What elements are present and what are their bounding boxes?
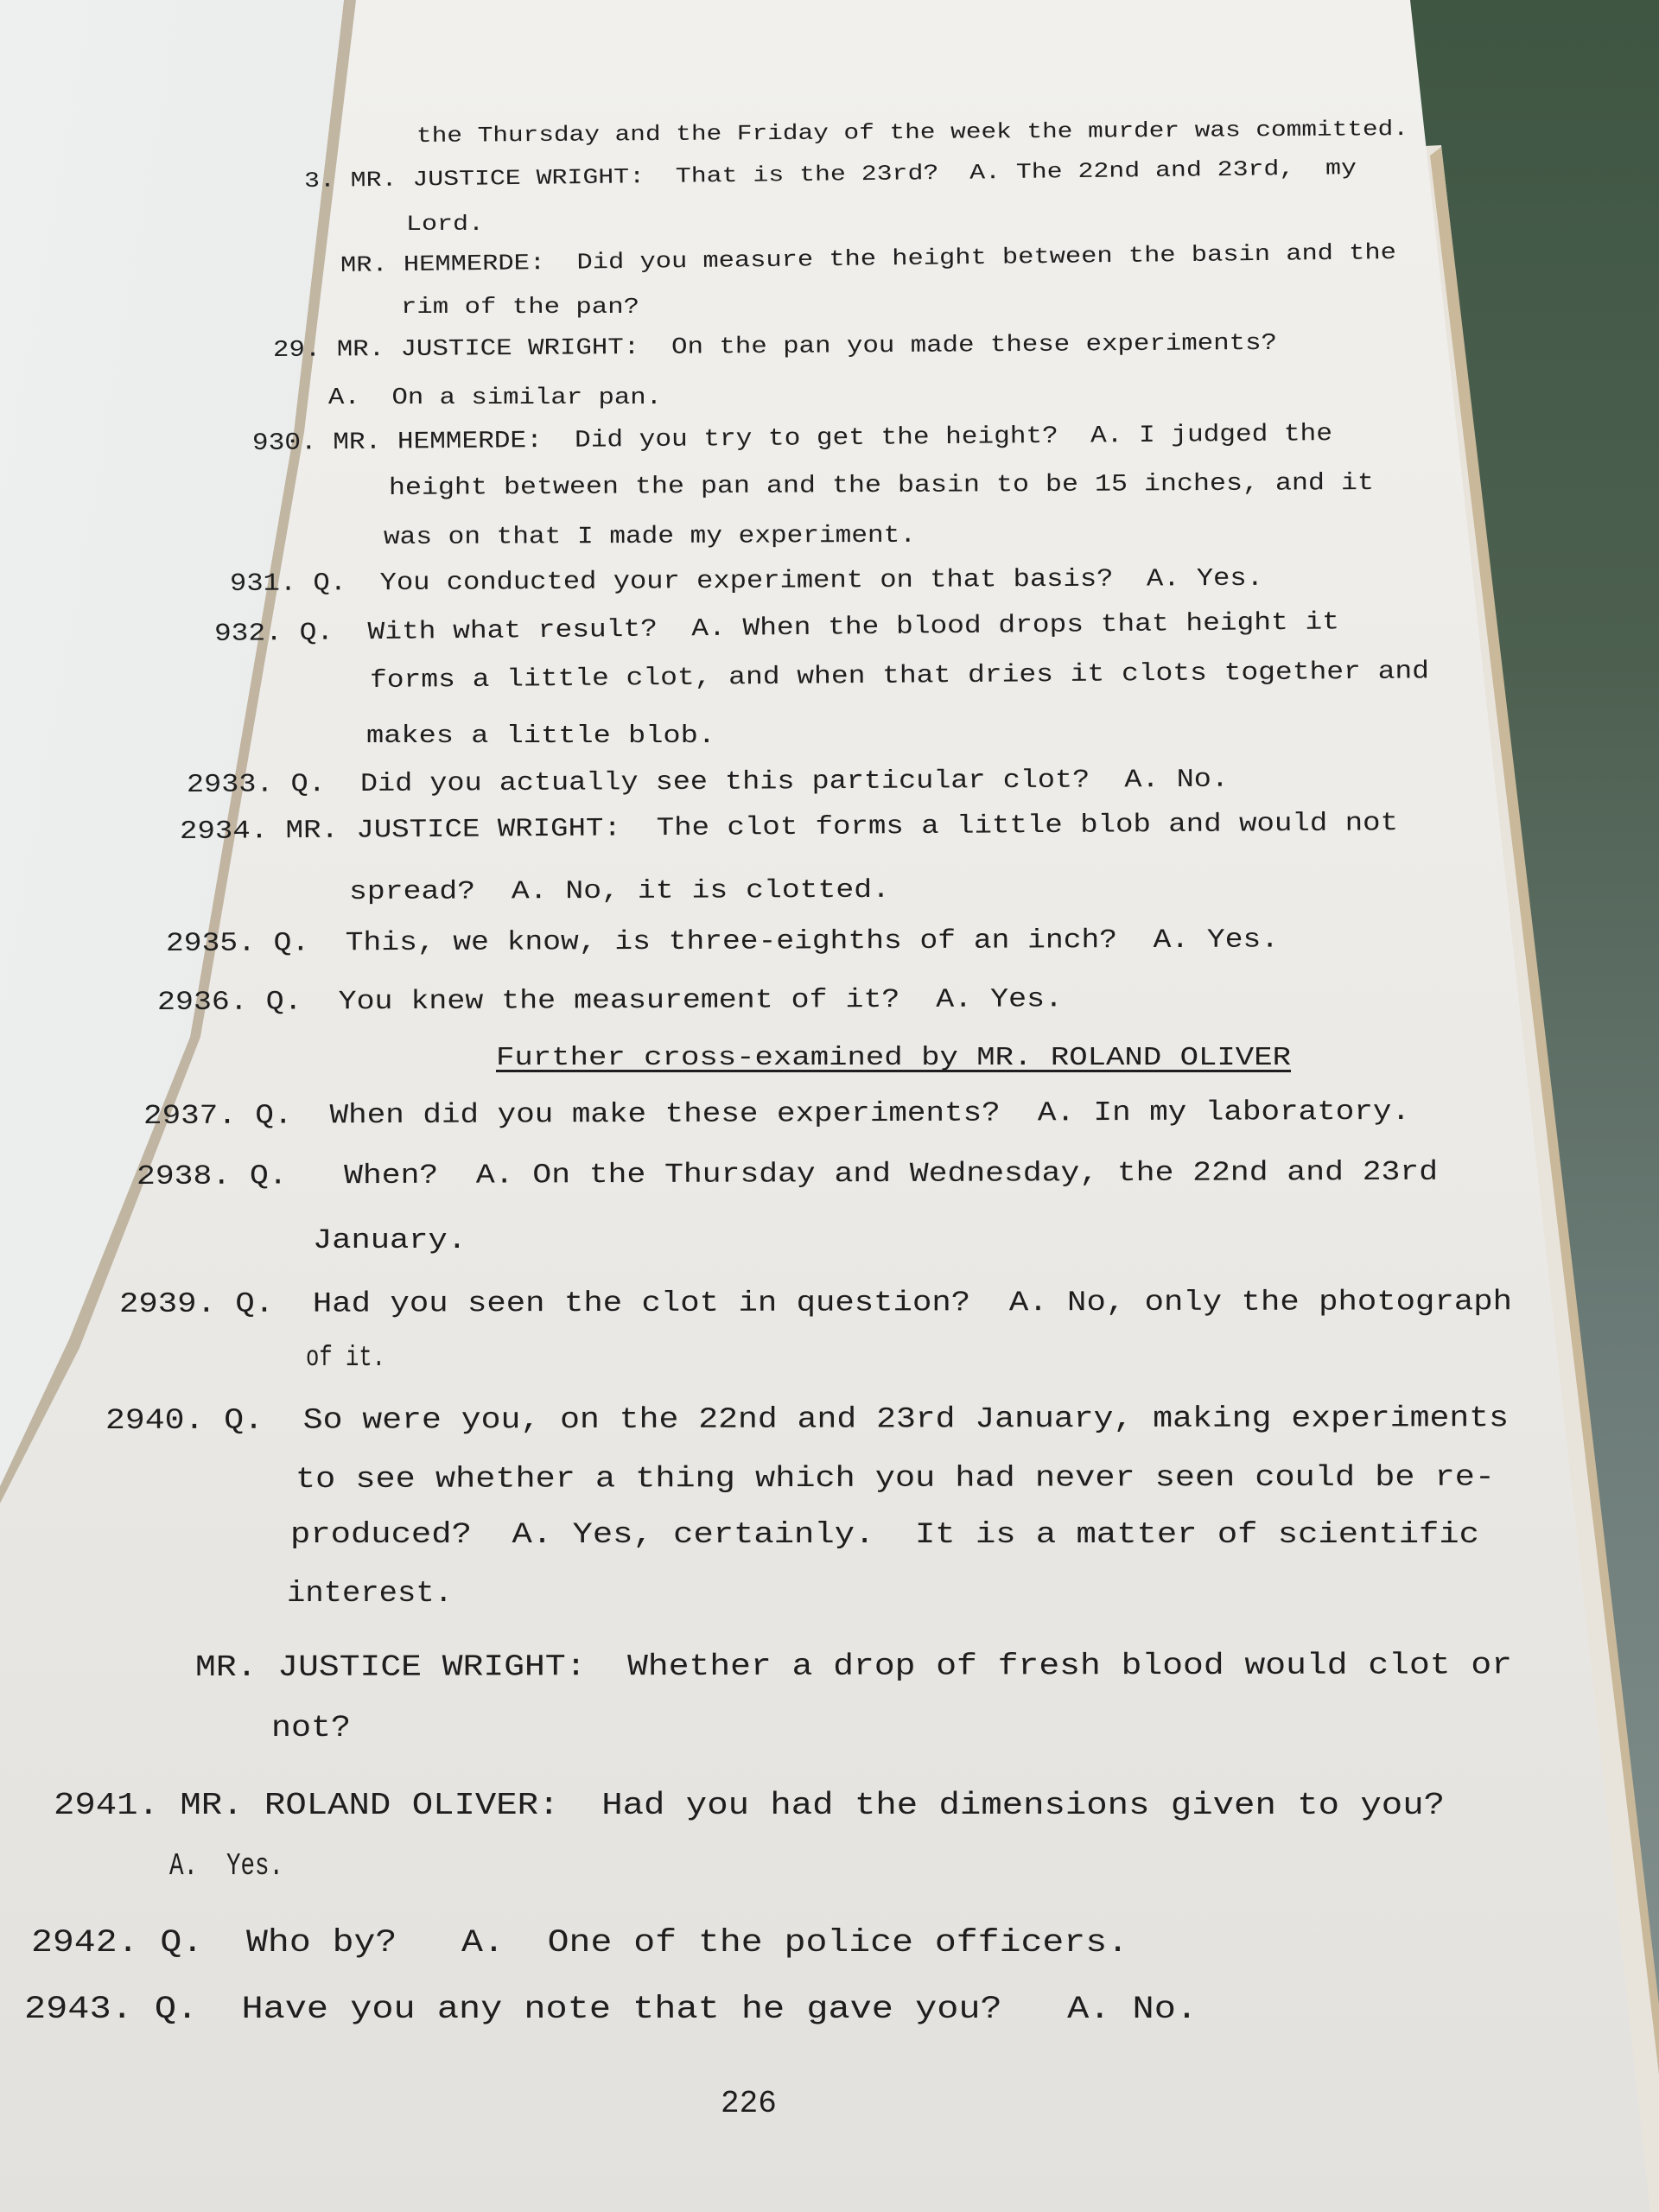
section-heading: Further cross-examined by MR. ROLAND OLI… xyxy=(496,1045,1291,1071)
transcript-line: MR. JUSTICE WRIGHT: Whether a drop of fr… xyxy=(195,1650,1512,1683)
transcript-line: 2934. MR. JUSTICE WRIGHT: The clot forms… xyxy=(180,810,1398,845)
transcript-line: to see whether a thing which you had nev… xyxy=(296,1464,1495,1495)
transcript-line: 3. MR. JUSTICE WRIGHT: That is the 23rd?… xyxy=(304,157,1357,192)
transcript-line: 2933. Q. Did you actually see this parti… xyxy=(187,767,1229,798)
transcript-text: the Thursday and the Friday of the week … xyxy=(0,0,1659,2212)
transcript-line: spread? A. No, it is clotted. xyxy=(349,878,890,906)
transcript-line: A. On a similar pan. xyxy=(328,387,662,410)
transcript-line: height between the pan and the basin to … xyxy=(389,472,1374,501)
transcript-line: 2939. Q. Had you seen the clot in questi… xyxy=(119,1287,1512,1319)
transcript-line: Lord. xyxy=(406,213,484,235)
transcript-line: of it. xyxy=(306,1344,385,1372)
transcript-line: 2942. Q. Who by? A. One of the police of… xyxy=(31,1928,1128,1960)
transcript-line: 2941. MR. ROLAND OLIVER: Had you had the… xyxy=(54,1790,1445,1821)
transcript-line: not? xyxy=(271,1713,351,1744)
transcript-line: 2940. Q. So were you, on the 22nd and 23… xyxy=(105,1404,1509,1436)
page-number: 226 xyxy=(721,2086,777,2121)
transcript-line: A. Yes. xyxy=(169,1851,283,1882)
transcript-line: 2937. Q. When did you make these experim… xyxy=(143,1098,1410,1130)
transcript-line: was on that I made my experiment. xyxy=(384,524,916,550)
transcript-line: 2936. Q. You knew the measurement of it?… xyxy=(157,986,1063,1016)
transcript-line: 930. MR. HEMMERDE: Did you try to get th… xyxy=(252,423,1332,456)
transcript-line: the Thursday and the Friday of the week … xyxy=(416,118,1408,147)
transcript-line: 2938. Q. When? A. On the Thursday and We… xyxy=(137,1159,1438,1191)
transcript-line: 2943. Q. Have you any note that he gave … xyxy=(24,1994,1198,2026)
transcript-line: forms a little clot, and when that dries… xyxy=(370,658,1429,693)
transcript-line: produced? A. Yes, certainly. It is a mat… xyxy=(290,1521,1479,1550)
transcript-line: interest. xyxy=(287,1580,453,1609)
transcript-line: January. xyxy=(313,1227,467,1255)
transcript-line: rim of the pan? xyxy=(401,296,639,318)
transcript-line: 29. MR. JUSTICE WRIGHT: On the pan you m… xyxy=(273,333,1277,363)
transcript-line: 2935. Q. This, we know, is three-eighths… xyxy=(166,927,1279,957)
transcript-line: MR. HEMMERDE: Did you measure the height… xyxy=(340,241,1396,276)
transcript-line: makes a little blob. xyxy=(366,723,715,748)
transcript-line: 931. Q. You conducted your experiment on… xyxy=(230,566,1263,596)
transcript-line: 932. Q. With what result? A. When the bl… xyxy=(214,609,1339,646)
